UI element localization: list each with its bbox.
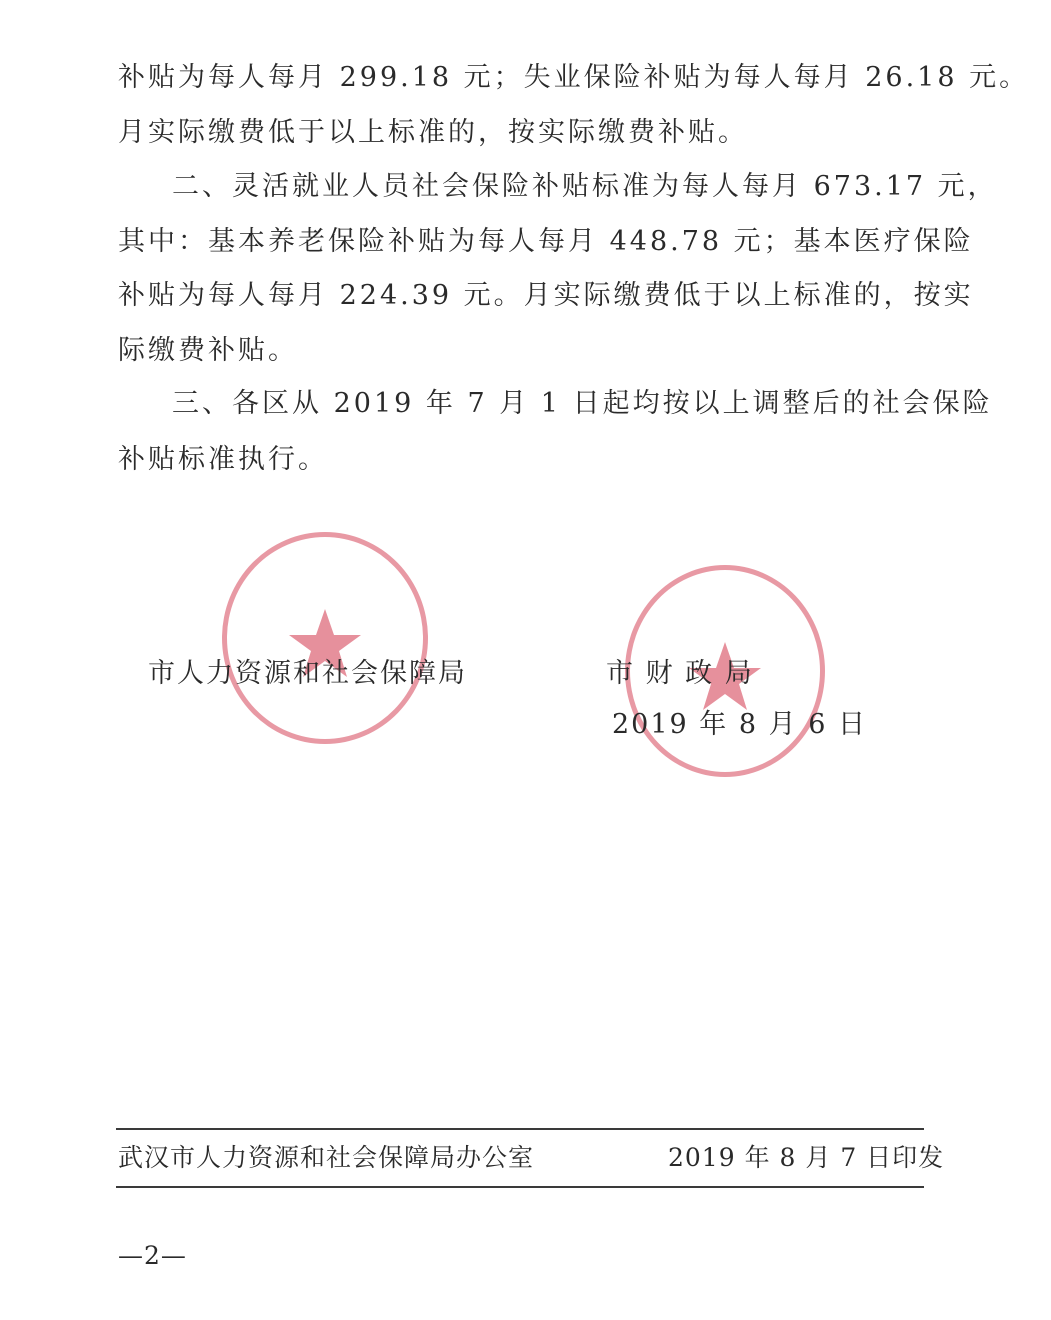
issue-date: 2019 年 8 月 7 日印发	[668, 1140, 944, 1176]
body-line: 补贴标准执行。	[118, 440, 328, 480]
footer-rule-top	[116, 1128, 924, 1130]
official-seal-left	[222, 532, 428, 744]
body-line: 其中：基本养老保险补贴为每人每月 448.78 元；基本医疗保险	[118, 222, 974, 262]
issuer: 武汉市人力资源和社会保障局办公室	[118, 1140, 534, 1176]
body-line: 月实际缴费低于以上标准的，按实际缴费补贴。	[118, 113, 748, 153]
signature-org-left: 市人力资源和社会保障局	[148, 654, 467, 694]
body-line: 二、灵活就业人员社会保险补贴标准为每人每月 673.17 元，	[172, 167, 998, 207]
signature-date: 2019 年 8 月 6 日	[612, 705, 867, 745]
signature-org-right: 市 财 政 局	[606, 654, 754, 694]
footer-rule-bottom	[116, 1186, 924, 1188]
body-line: 补贴为每人每月 299.18 元；失业保险补贴为每人每月 26.18 元。	[118, 58, 1029, 98]
body-line: 三、各区从 2019 年 7 月 1 日起均按以上调整后的社会保险	[172, 384, 993, 424]
star-icon	[227, 537, 423, 739]
body-line: 际缴费补贴。	[118, 331, 298, 371]
page-number: —2—	[118, 1238, 187, 1274]
body-line: 补贴为每人每月 224.39 元。月实际缴费低于以上标准的，按实	[118, 276, 974, 316]
